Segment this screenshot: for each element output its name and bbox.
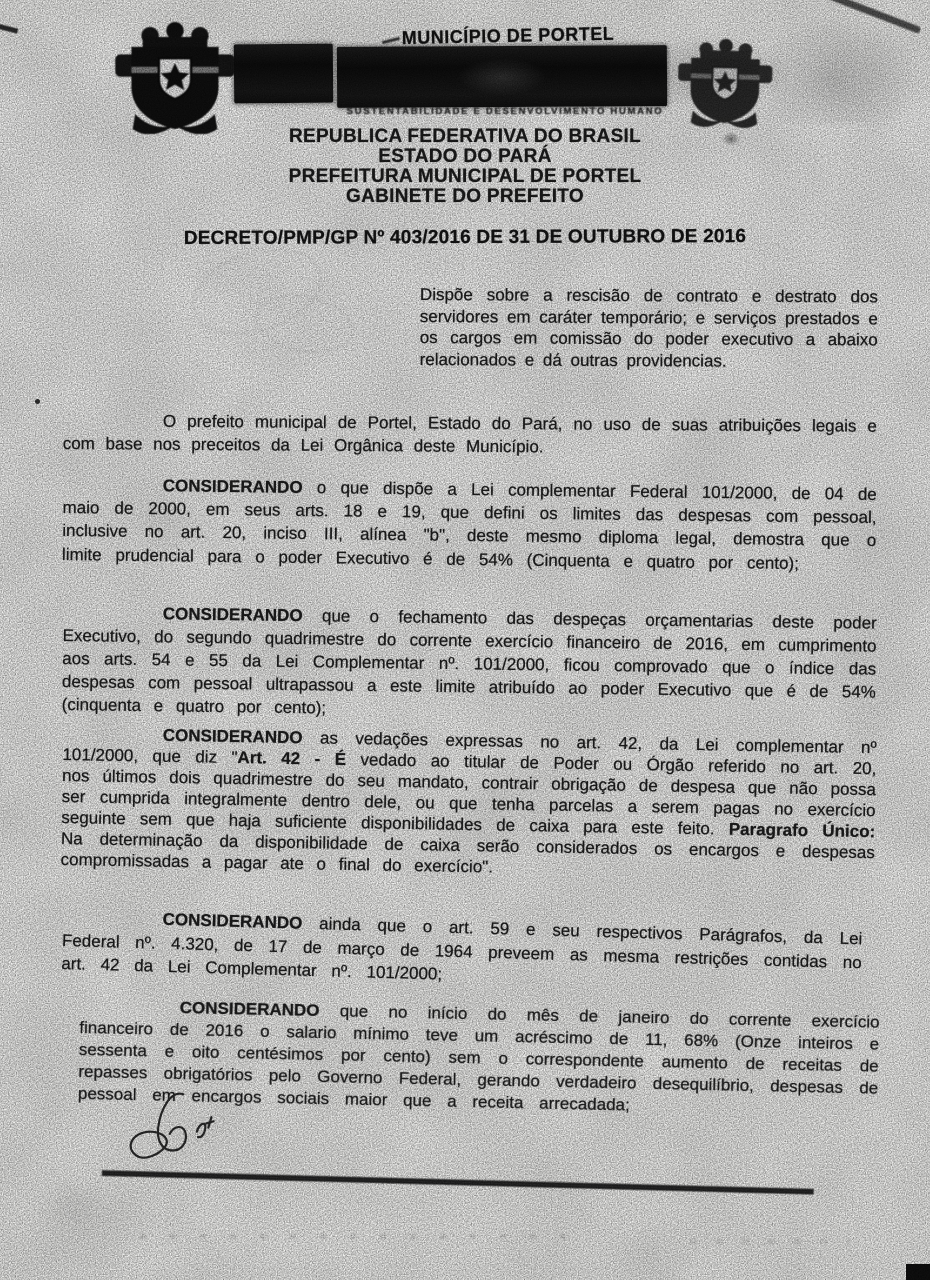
considerando-lead: CONSIDERANDO (180, 998, 320, 1020)
scan-smudge-top-right (770, 14, 930, 124)
considerando-paragraph-2: CONSIDERANDO que o fechamento das despeç… (61, 601, 876, 727)
org-line-state: ESTADO DO PARÁ (0, 147, 930, 167)
considerando-lead: CONSIDERANDO (163, 476, 303, 497)
scan-speckles-bottom (140, 1234, 570, 1239)
org-line-country: REPUBLICA FEDERATIVA DO BRASIL (0, 127, 930, 147)
scan-corner-mark (906, 1264, 930, 1280)
considerando-paragraph-4: CONSIDERANDO ainda que o art. 59 e seu r… (61, 905, 863, 998)
decree-title: DECRETO/PMP/GP Nº 403/2016 DE 31 DE OUTU… (0, 225, 930, 250)
handwritten-initials-icon (116, 1088, 234, 1163)
scanned-document-page: MUNICÍPIO DE PORTEL SUSTENTABILIDADE E D… (0, 0, 930, 1280)
considerando-lead: CONSIDERANDO (162, 910, 302, 933)
org-line-city-hall: PREFEITURA MUNICIPAL DE PORTEL (0, 167, 930, 187)
coat-of-arms-left-icon (112, 22, 238, 134)
ghost-pencil-curve (250, 286, 358, 361)
considerando-lead: CONSIDERANDO (163, 726, 303, 747)
quoted-article-lead: Art. 42 - É (237, 748, 346, 769)
considerando-lead: CONSIDERANDO (163, 604, 303, 625)
letterhead-band-left (234, 44, 333, 104)
preamble-paragraph: O prefeito municipal de Portel, Estado d… (63, 409, 877, 461)
preamble-text: O prefeito municipal de Portel, Estado d… (63, 412, 877, 457)
letterhead-band-right (337, 45, 667, 108)
margin-dot-mark (35, 399, 40, 404)
scan-edge-mark (0, 23, 18, 33)
scan-blotch-bottom-left (36, 1175, 116, 1245)
ementa-paragraph: Dispõe sobre a rescisão de contrato e de… (420, 284, 878, 372)
scan-speckles-bottom (690, 1239, 850, 1244)
org-header: REPUBLICA FEDERATIVA DO BRASIL ESTADO DO… (0, 127, 930, 207)
letterhead-motto: SUSTENTABILIDADE E DESENVOLVIMENTO HUMAN… (340, 106, 670, 117)
coat-of-arms-right-icon (675, 29, 776, 138)
considerando-paragraph-3: CONSIDERANDO as vedações expressas no ar… (60, 723, 876, 884)
org-line-office: GABINETE DO PREFEITO (0, 187, 930, 207)
considerando-paragraph-1: CONSIDERANDO o que dispõe a Lei compleme… (62, 473, 877, 576)
paragrafo-unico-lead: Paragrafo Único: (729, 820, 876, 842)
footer-rule (102, 1170, 814, 1195)
pen-streak-top-right (809, 0, 922, 34)
ementa-text: Dispõe sobre a rescisão de contrato e de… (420, 285, 878, 370)
ghost-pencil-curve (181, 233, 333, 350)
